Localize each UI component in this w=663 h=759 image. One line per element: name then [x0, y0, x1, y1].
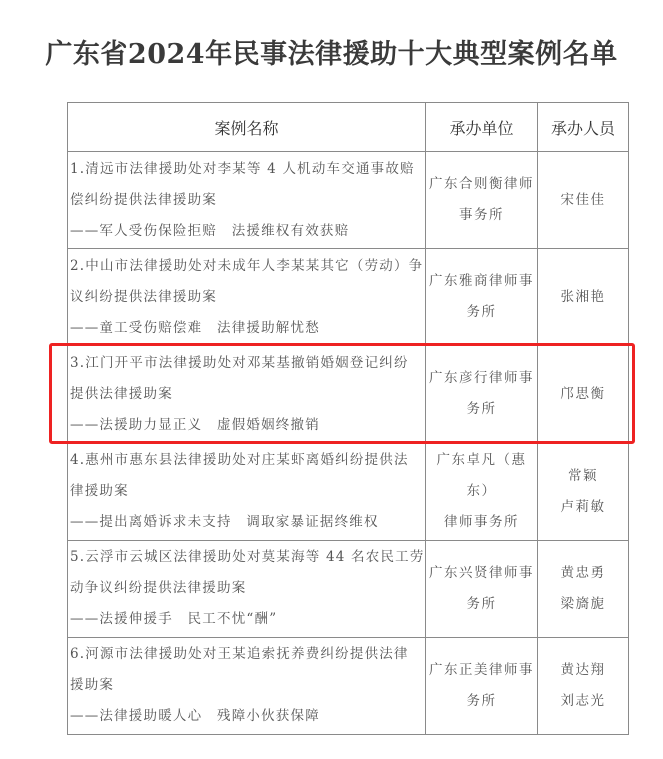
person-cell: 宋佳佳	[538, 152, 629, 249]
person-name: 宋佳佳	[538, 185, 628, 216]
person-name: 黄忠勇	[538, 558, 628, 589]
table-header-row: 案例名称 承办单位 承办人员	[68, 103, 629, 152]
unit-cell: 广东卓凡（惠东） 律师事务所	[426, 443, 538, 540]
unit-line: 务所	[426, 589, 537, 620]
unit-line: 广东兴贤律师事	[426, 558, 537, 589]
header-person: 承办人员	[538, 103, 629, 152]
person-name: 刘志光	[538, 686, 628, 717]
case-name-cell: 1.清远市法律援助处对李某等 4 人机动车交通事故赔 偿纠纷提供法律援助案 ——…	[68, 152, 426, 249]
person-name: 张湘艳	[538, 282, 628, 313]
case-title-line: 5.云浮市云城区法律援助处对莫某海等 44 名农民工劳	[70, 542, 425, 573]
person-name: 卢莉敏	[538, 492, 628, 523]
person-cell: 黄达翔 刘志光	[538, 637, 629, 734]
case-list-table: 案例名称 承办单位 承办人员 1.清远市法律援助处对李某等 4 人机动车交通事故…	[67, 102, 629, 735]
unit-line: 务所	[426, 686, 537, 717]
unit-line: 律师事务所	[426, 507, 537, 538]
header-unit: 承办单位	[426, 103, 538, 152]
case-title-line: 议纠纷提供法律援助案	[70, 282, 425, 313]
case-title-line: 3.江门开平市法律援助处对邓某基撤销婚姻登记纠纷	[70, 348, 425, 379]
unit-cell: 广东合则衡律师 事务所	[426, 152, 538, 249]
case-subtitle: ——法律援助暖人心 残障小伙获保障	[70, 701, 425, 732]
table-row: 6.河源市法律援助处对王某追索抚养费纠纷提供法律 援助案 ——法律援助暖人心 残…	[68, 637, 629, 734]
case-name-cell: 3.江门开平市法律援助处对邓某基撤销婚姻登记纠纷 提供法律援助案 ——法援助力显…	[68, 346, 426, 443]
unit-line: 广东雅商律师事	[426, 266, 537, 297]
table-row: 5.云浮市云城区法律援助处对莫某海等 44 名农民工劳 动争议纠纷提供法律援助案…	[68, 540, 629, 637]
unit-cell: 广东雅商律师事 务所	[426, 249, 538, 346]
header-case-name: 案例名称	[68, 103, 426, 152]
unit-line: 广东彦行律师事	[426, 363, 537, 394]
case-title-line: 1.清远市法律援助处对李某等 4 人机动车交通事故赔	[70, 154, 425, 185]
document-title: 广东省2024年民事法律援助十大典型案例名单	[0, 32, 663, 71]
person-cell: 邝思衡	[538, 346, 629, 443]
table-row-highlighted: 3.江门开平市法律援助处对邓某基撤销婚姻登记纠纷 提供法律援助案 ——法援助力显…	[68, 346, 629, 443]
table-row: 4.惠州市惠东县法律援助处对庄某虾离婚纠纷提供法 律援助案 ——提出离婚诉求未支…	[68, 443, 629, 540]
case-subtitle: ——法援助力显正义 虚假婚姻终撤销	[70, 410, 425, 441]
case-title-line: 4.惠州市惠东县法律援助处对庄某虾离婚纠纷提供法	[70, 445, 425, 476]
person-cell: 常颖 卢莉敏	[538, 443, 629, 540]
unit-line: 广东合则衡律师	[426, 169, 537, 200]
unit-line: 务所	[426, 394, 537, 425]
unit-cell: 广东彦行律师事 务所	[426, 346, 538, 443]
unit-line: 事务所	[426, 200, 537, 231]
case-title-line: 偿纠纷提供法律援助案	[70, 185, 425, 216]
unit-line: 广东卓凡（惠东）	[426, 445, 537, 507]
case-name-cell: 5.云浮市云城区法律援助处对莫某海等 44 名农民工劳 动争议纠纷提供法律援助案…	[68, 540, 426, 637]
person-name: 梁旖旎	[538, 589, 628, 620]
unit-cell: 广东兴贤律师事 务所	[426, 540, 538, 637]
case-subtitle: ——法援伸援手 民工不忧“酬”	[70, 604, 425, 635]
unit-line: 广东正美律师事	[426, 655, 537, 686]
person-name: 黄达翔	[538, 655, 628, 686]
case-title-line: 援助案	[70, 670, 425, 701]
case-title-line: 律援助案	[70, 476, 425, 507]
case-subtitle: ——提出离婚诉求未支持 调取家暴证据终维权	[70, 507, 425, 538]
unit-cell: 广东正美律师事 务所	[426, 637, 538, 734]
case-title-line: 动争议纠纷提供法律援助案	[70, 573, 425, 604]
case-title-line: 提供法律援助案	[70, 379, 425, 410]
case-name-cell: 6.河源市法律援助处对王某追索抚养费纠纷提供法律 援助案 ——法律援助暖人心 残…	[68, 637, 426, 734]
case-title-line: 6.河源市法律援助处对王某追索抚养费纠纷提供法律	[70, 639, 425, 670]
table-row: 1.清远市法律援助处对李某等 4 人机动车交通事故赔 偿纠纷提供法律援助案 ——…	[68, 152, 629, 249]
case-name-cell: 2.中山市法律援助处对未成年人李某某其它（劳动）争 议纠纷提供法律援助案 ——童…	[68, 249, 426, 346]
case-subtitle: ——童工受伤赔偿难 法律援助解忧愁	[70, 313, 425, 344]
table-row: 2.中山市法律援助处对未成年人李某某其它（劳动）争 议纠纷提供法律援助案 ——童…	[68, 249, 629, 346]
unit-line: 务所	[426, 297, 537, 328]
person-name: 常颖	[538, 461, 628, 492]
case-name-cell: 4.惠州市惠东县法律援助处对庄某虾离婚纠纷提供法 律援助案 ——提出离婚诉求未支…	[68, 443, 426, 540]
person-cell: 张湘艳	[538, 249, 629, 346]
case-subtitle: ——军人受伤保险拒赔 法援维权有效获赔	[70, 216, 425, 247]
person-name: 邝思衡	[538, 379, 628, 410]
case-title-line: 2.中山市法律援助处对未成年人李某某其它（劳动）争	[70, 251, 425, 282]
person-cell: 黄忠勇 梁旖旎	[538, 540, 629, 637]
